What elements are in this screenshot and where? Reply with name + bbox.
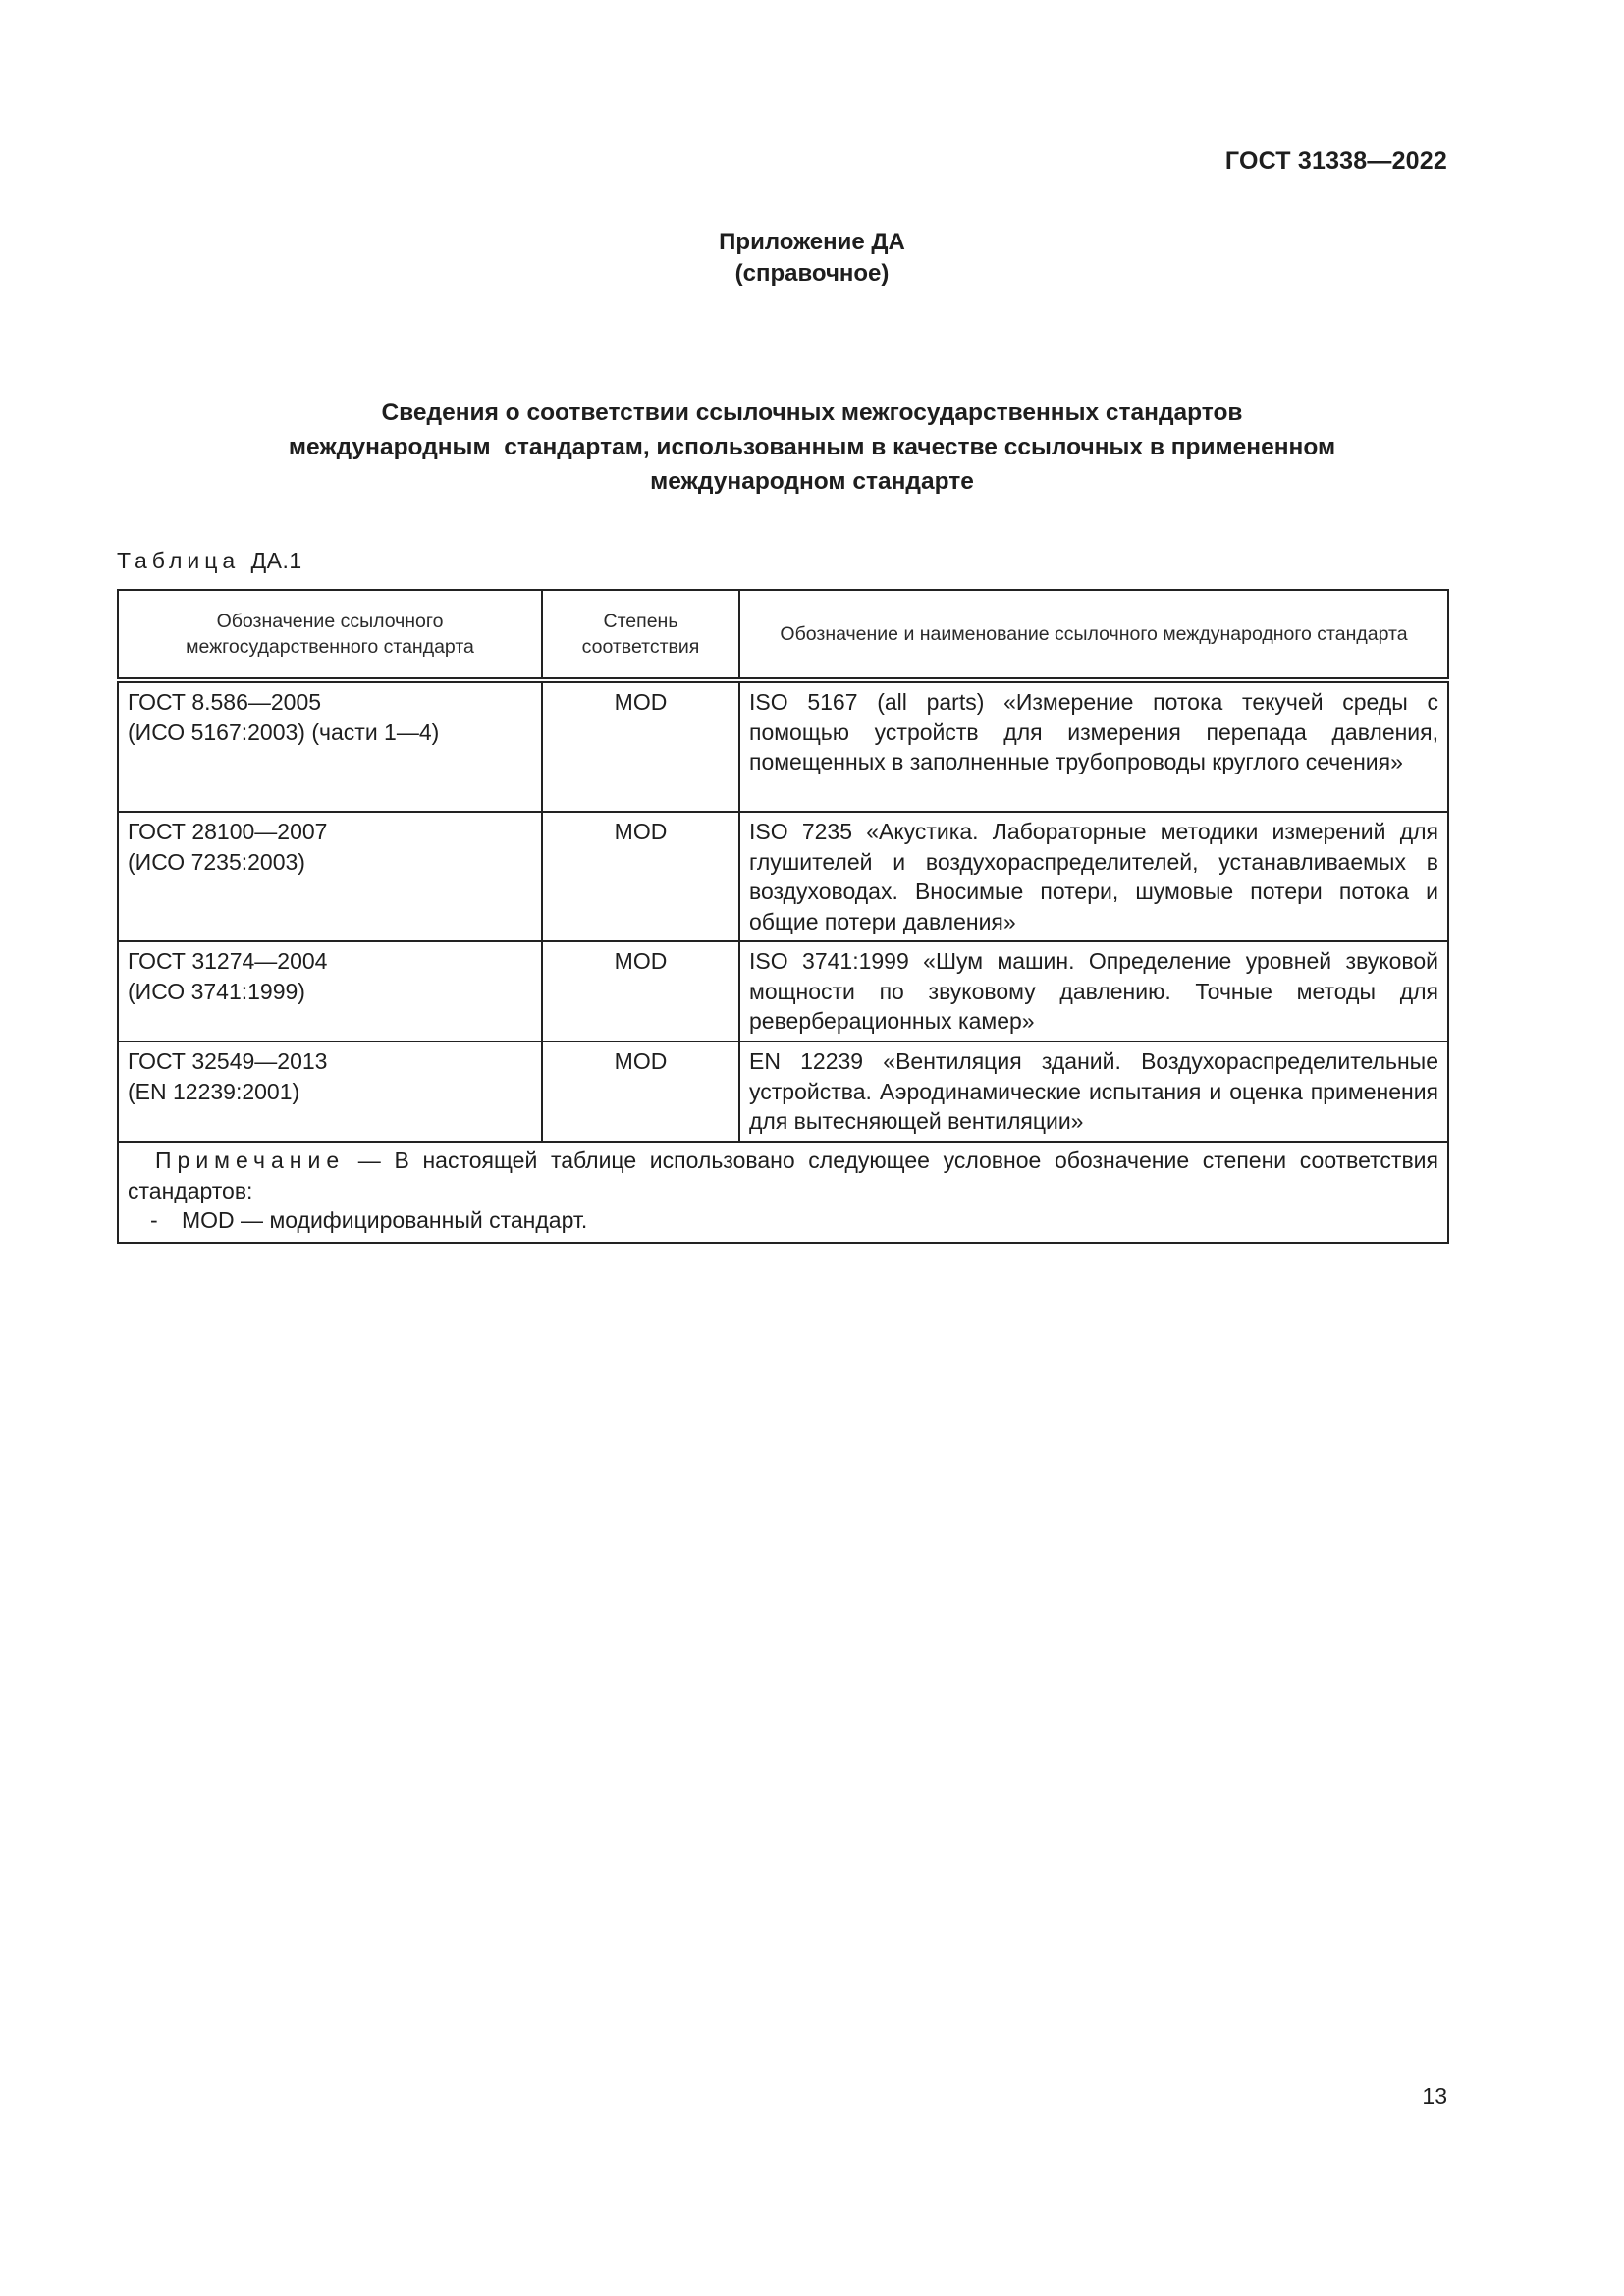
table-note: Примечание — В настоящей таблице использ…	[118, 1142, 1448, 1243]
note-list-item: -MOD — модифицированный стандарт.	[128, 1205, 1438, 1236]
section-heading-line: международном стандарте	[0, 464, 1624, 499]
page-number: 13	[1422, 2083, 1447, 2109]
international-standard-cell: EN 12239 «Вентиляция зданий. Воздухорасп…	[739, 1041, 1448, 1142]
international-standard-cell: ISO 7235 «Акустика. Лабораторные методик…	[739, 812, 1448, 941]
table-row: ГОСТ 32549—2013 (EN 12239:2001) MOD EN 1…	[118, 1041, 1448, 1142]
interstate-standard-cell: ГОСТ 32549—2013 (EN 12239:2001)	[118, 1041, 542, 1142]
table-header-row: Обозначение ссылочного межгосударственно…	[118, 590, 1448, 680]
table-caption-number: ДА.1	[251, 548, 302, 573]
degree-cell: MOD	[542, 941, 739, 1041]
list-dash: -	[150, 1205, 182, 1236]
column-header-international: Обозначение и наименование ссылочного ме…	[739, 590, 1448, 680]
document-id: ГОСТ 31338—2022	[1225, 147, 1447, 176]
interstate-standard-cell: ГОСТ 28100—2007 (ИСО 7235:2003)	[118, 812, 542, 941]
column-header-interstate: Обозначение ссылочного межгосударственно…	[118, 590, 542, 680]
table-caption-word: Таблица	[117, 548, 240, 573]
international-standard-cell: ISO 3741:1999 «Шум машин. Определение ур…	[739, 941, 1448, 1041]
note-item-text: MOD — модифицированный стандарт.	[182, 1207, 587, 1233]
table-caption: Таблица ДА.1	[117, 548, 302, 574]
interstate-standard-ref: (ИСО 5167:2003) (части 1—4)	[128, 718, 532, 748]
interstate-standard-ref: (EN 12239:2001)	[128, 1077, 532, 1107]
degree-cell: MOD	[542, 1041, 739, 1142]
note-label: Примечание	[155, 1148, 345, 1173]
table-row: ГОСТ 8.586—2005 (ИСО 5167:2003) (части 1…	[118, 680, 1448, 812]
interstate-standard-cell: ГОСТ 31274—2004 (ИСО 3741:1999)	[118, 941, 542, 1041]
column-header-degree: Степень соответствия	[542, 590, 739, 680]
section-heading: Сведения о соответствии ссылочных межгос…	[0, 396, 1624, 499]
interstate-standard-ref: (ИСО 7235:2003)	[128, 847, 532, 878]
appendix-title-block: Приложение ДА (справочное)	[0, 227, 1624, 290]
interstate-standard-code: ГОСТ 28100—2007	[128, 817, 532, 847]
degree-cell: MOD	[542, 812, 739, 941]
interstate-standard-code: ГОСТ 8.586—2005	[128, 687, 532, 718]
interstate-standard-ref: (ИСО 3741:1999)	[128, 977, 532, 1007]
degree-cell: MOD	[542, 680, 739, 812]
correspondence-table: Обозначение ссылочного межгосударственно…	[117, 589, 1449, 1244]
interstate-standard-code: ГОСТ 32549—2013	[128, 1046, 532, 1077]
appendix-subtitle: (справочное)	[0, 258, 1624, 290]
table-row: ГОСТ 31274—2004 (ИСО 3741:1999) MOD ISO …	[118, 941, 1448, 1041]
section-heading-line: международным стандартам, использованным…	[0, 430, 1624, 464]
international-standard-cell: ISO 5167 (all parts) «Измерение потока т…	[739, 680, 1448, 812]
interstate-standard-cell: ГОСТ 8.586—2005 (ИСО 5167:2003) (части 1…	[118, 680, 542, 812]
interstate-standard-code: ГОСТ 31274—2004	[128, 946, 532, 977]
section-heading-line: Сведения о соответствии ссылочных межгос…	[0, 396, 1624, 430]
table-note-row: Примечание — В настоящей таблице использ…	[118, 1142, 1448, 1243]
table-row: ГОСТ 28100—2007 (ИСО 7235:2003) MOD ISO …	[118, 812, 1448, 941]
appendix-title: Приложение ДА	[0, 227, 1624, 258]
